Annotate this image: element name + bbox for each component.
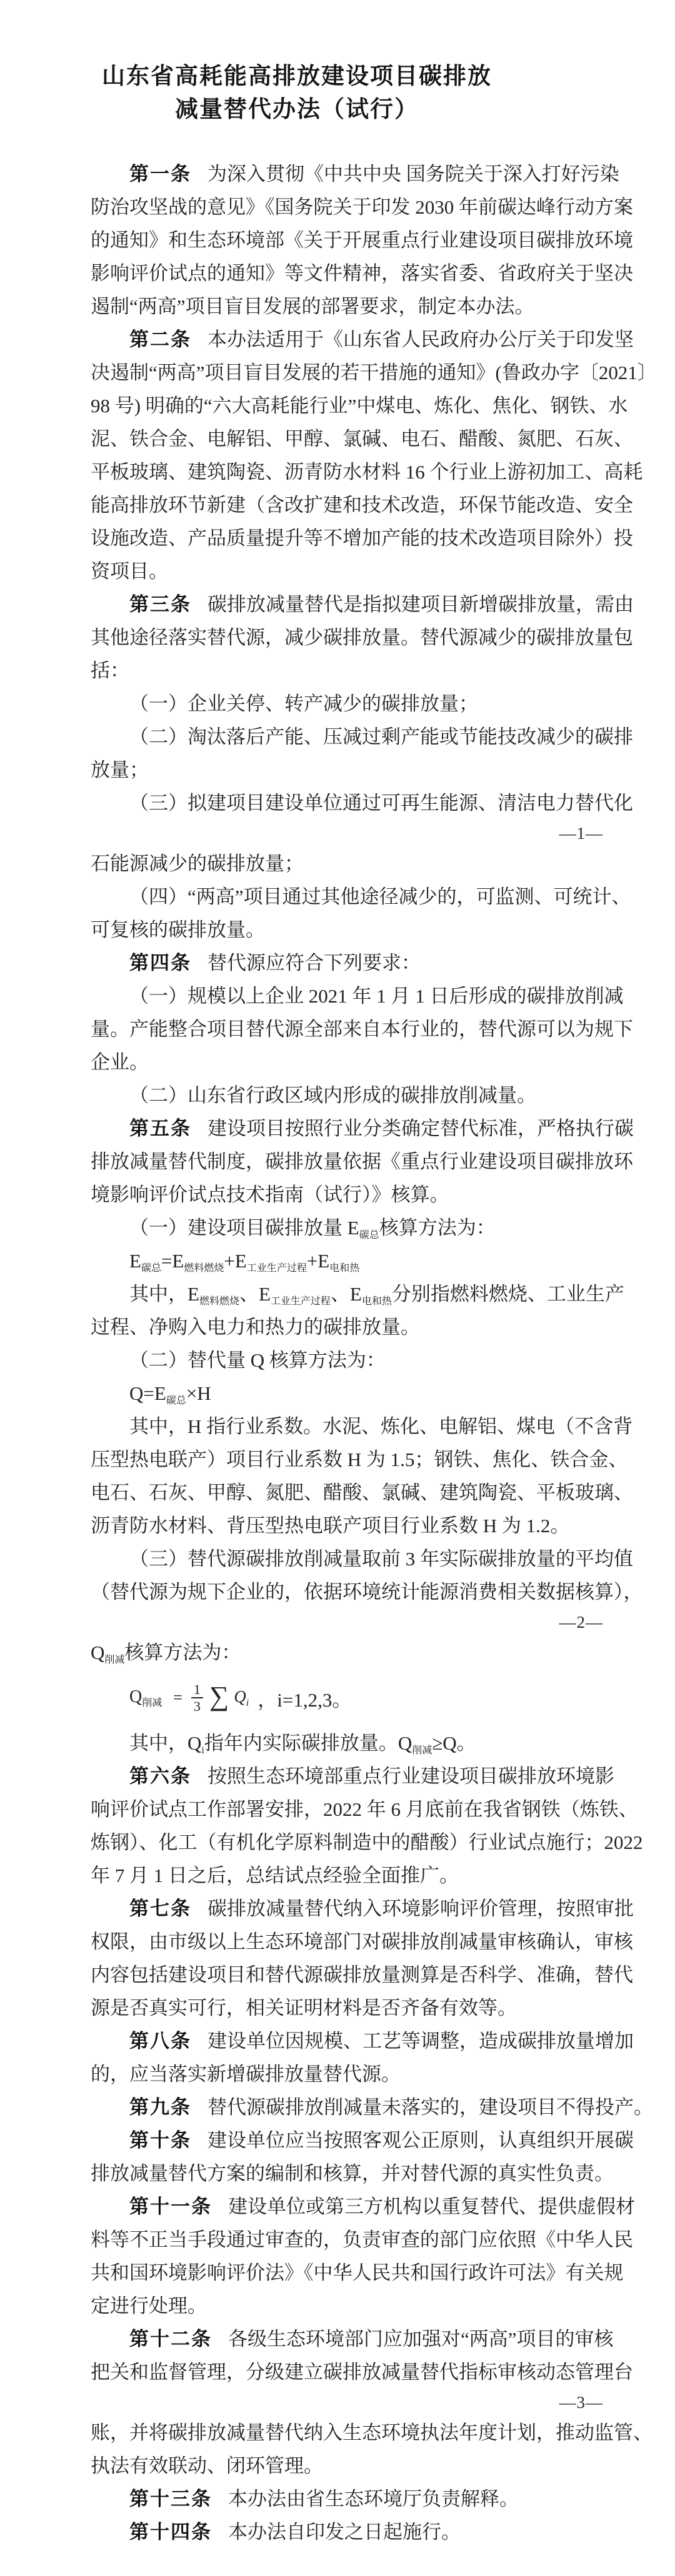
article-line: 第十一条建设单位或第三方机构以重复替代、提供虚假材 bbox=[91, 2190, 603, 2223]
article-label: 第九条 bbox=[129, 2096, 191, 2118]
doc-line: （二）山东省行政区域内形成的碳排放削减量。 bbox=[91, 1079, 603, 1112]
doc-line: 决遏制“两高”项目盲目发展的若干措施的通知》(鲁政办字〔2021〕 bbox=[91, 356, 603, 389]
doc-line: （三）拟建项目建设单位通过可再生能源、清洁电力替代化 bbox=[91, 786, 603, 820]
doc-line: （一）建设项目碳排放量 E碳总核算方法为： bbox=[91, 1211, 603, 1244]
doc-line: 括： bbox=[91, 654, 603, 687]
doc-line: （一）企业关停、转产减少的碳排放量； bbox=[91, 687, 603, 720]
doc-line: （一）规模以上企业 2021 年 1 月 1 日后形成的碳排放削减 bbox=[91, 979, 603, 1013]
formula-subscript: 削减 bbox=[142, 1698, 162, 1708]
formula-subscript: 削减 bbox=[412, 1745, 432, 1756]
doc-line: 压型热电联产）项目行业系数 H 为 1.5；钢铁、焦化、铁合金、 bbox=[91, 1443, 603, 1476]
doc-line: 量。产能整合项目替代源全部来自本行业的，替代源可以为规下 bbox=[91, 1013, 603, 1046]
doc-line: 过程、净购入电力和热力的碳排放量。 bbox=[91, 1310, 603, 1344]
doc-line: 资项目。 bbox=[91, 555, 603, 588]
doc-line: 设施改造、产品质量提升等不增加产能的技术改造项目除外）投 bbox=[91, 522, 603, 555]
document-title: 山东省高耗能高排放建设项目碳排放 减量替代办法（试行） bbox=[41, 60, 553, 126]
doc-line: 炼钢）、化工（有机化学原料制造中的醋酸）行业试点施行；2022 bbox=[91, 1826, 603, 1859]
article-line: 第四条替代源应符合下列要求： bbox=[91, 946, 603, 979]
doc-line: 权限，由市级以上生态环境部门对碳排放削减量审核确认，审核 bbox=[91, 1925, 603, 1958]
doc-line: Q削减核算方法为： bbox=[91, 1636, 603, 1669]
doc-line: 排放减量替代制度，碳排放量依据《重点行业建设项目碳排放环 bbox=[91, 1145, 603, 1178]
doc-line: E碳总=E燃料燃烧+E工业生产过程+E电和热 bbox=[91, 1244, 603, 1277]
article-line: 第十二条各级生态环境部门应加强对“两高”项目的审核 bbox=[91, 2322, 603, 2356]
article-line: 第八条建设单位因规模、工艺等调整，造成碳排放量增加 bbox=[91, 2024, 603, 2058]
doc-line: 其他途径落实替代源，减少碳排放量。替代源减少的碳排放量包 bbox=[91, 621, 603, 654]
doc-line: 料等不正当手段通过审查的，负责审查的部门应依照《中华人民 bbox=[91, 2223, 603, 2256]
article-label: 第十条 bbox=[129, 2129, 191, 2151]
doc-line: Q=E碳总×H bbox=[91, 1377, 603, 1410]
doc-line: 年 7 月 1 日之后，总结试点经验全面推广。 bbox=[91, 1859, 603, 1892]
doc-line: 其中，E燃料燃烧、E工业生产过程、E电和热分别指燃料燃烧、工业生产 bbox=[91, 1277, 603, 1310]
article-label: 第十一条 bbox=[129, 2196, 212, 2217]
article-line: 第七条碳排放减量替代纳入环境影响评价管理，按照审批 bbox=[91, 1892, 603, 1925]
doc-line: 能高排放环节新建（含改扩建和技术改造，环保节能改造、安全 bbox=[91, 488, 603, 522]
article-label: 第一条 bbox=[129, 163, 191, 185]
doc-line: 影响评价试点的通知》等文件精神，落实省委、省政府关于坚决 bbox=[91, 257, 603, 290]
doc-line: 其中，Qi指年内实际碳排放量。Q削减≥Q。 bbox=[91, 1726, 603, 1760]
article-label: 第二条 bbox=[129, 329, 191, 350]
fraction-denominator: 3 bbox=[191, 1697, 203, 1714]
doc-line: 沥青防水材料、背压型热电联产项目行业系数 H 为 1.2。 bbox=[91, 1509, 603, 1542]
formula-subscript: 碳总 bbox=[141, 1263, 161, 1274]
article-line: 第六条按照生态环境部重点行业建设项目碳排放环境影 bbox=[91, 1760, 603, 1793]
formula-subscript: i bbox=[201, 1745, 204, 1756]
article-label: 第十二条 bbox=[129, 2328, 212, 2350]
formula-subscript: 工业生产过程 bbox=[247, 1263, 307, 1274]
article-label: 第五条 bbox=[129, 1117, 191, 1139]
article-line: 第十四条本办法自印发之日起施行。 bbox=[91, 2515, 603, 2549]
formula-subscript: 碳总 bbox=[166, 1395, 186, 1406]
doc-line: 排放减量替代方案的编制和核算，并对替代源的真实性负责。 bbox=[91, 2157, 603, 2190]
formula-index-note: ，i=1,2,3。 bbox=[257, 1684, 351, 1712]
article-label: 第七条 bbox=[129, 1898, 191, 1920]
formula-subscript: 燃料燃烧 bbox=[184, 1263, 224, 1274]
doc-line: （四）“两高”项目通过其他途径减少的，可监测、可统计、 bbox=[91, 880, 603, 913]
doc-line: （二）替代量 Q 核算方法为： bbox=[91, 1344, 603, 1377]
formula-rhs: Qi bbox=[234, 1687, 249, 1709]
article-label: 第十四条 bbox=[129, 2521, 212, 2543]
doc-line: 定进行处理。 bbox=[91, 2289, 603, 2322]
formula-subscript: 燃料燃烧 bbox=[199, 1296, 239, 1307]
formula-subscript: 电和热 bbox=[362, 1296, 392, 1307]
doc-line: 放量； bbox=[91, 753, 603, 786]
document-page: 山东省高耗能高排放建设项目碳排放 减量替代办法（试行） 第一条为深入贯彻《中共中… bbox=[0, 0, 675, 2576]
doc-line: 执法有效联动、闭环管理。 bbox=[91, 2449, 603, 2482]
fraction-one-third: 13 bbox=[191, 1682, 203, 1714]
doc-line: 可复核的碳排放量。 bbox=[91, 913, 603, 946]
doc-line: 企业。 bbox=[91, 1046, 603, 1079]
doc-line: 把关和监督管理，分级建立碳排放减量替代指标审核动态管理台 bbox=[91, 2356, 603, 2389]
article-label: 第八条 bbox=[129, 2030, 191, 2052]
doc-line: 泥、铁合金、电解铝、甲醇、氯碱、电石、醋酸、氮肥、石灰、 bbox=[91, 422, 603, 455]
article-line: 第十条建设单位应当按照客观公正原则，认真组织开展碳 bbox=[91, 2124, 603, 2157]
formula-subscript: i bbox=[246, 1698, 249, 1708]
doc-line: 遏制“两高”项目盲目发展的部署要求，制定本办法。 bbox=[91, 290, 603, 323]
doc-line: 内容包括建设项目和替代源碳排放量测算是否科学、准确，替代 bbox=[91, 1958, 603, 1991]
doc-line: 石能源减少的碳排放量； bbox=[91, 847, 603, 880]
formula-lhs: Q削减 bbox=[129, 1687, 162, 1709]
page-number: —2— bbox=[91, 1608, 603, 1636]
doc-line: （三）替代源碳排放削减量取前 3 年实际碳排放量的平均值 bbox=[91, 1542, 603, 1575]
article-line: 第十三条本办法由省生态环境厅负责解释。 bbox=[91, 2482, 603, 2515]
formula-subscript: 工业生产过程 bbox=[271, 1296, 331, 1307]
doc-line: 响评价试点工作部署安排，2022 年 6 月底前在我省钢铁（炼铁、 bbox=[91, 1793, 603, 1826]
document-body: 第一条为深入贯彻《中共中央 国务院关于深入打好污染防治攻坚战的意见》《国务院关于… bbox=[91, 157, 603, 2549]
equals-sign: = bbox=[173, 1688, 182, 1707]
article-label: 第三条 bbox=[129, 593, 191, 615]
doc-line: 的通知》和生态环境部《关于开展重点行业建设项目碳排放环境 bbox=[91, 224, 603, 257]
doc-line: 平板玻璃、建筑陶瓷、沥青防水材料 16 个行业上游初加工、高耗 bbox=[91, 455, 603, 488]
title-line-1: 山东省高耗能高排放建设项目碳排放 bbox=[41, 60, 553, 93]
article-line: 第五条建设项目按照行业分类确定替代标准，严格执行碳 bbox=[91, 1112, 603, 1145]
formula-subscript: 碳总 bbox=[359, 1230, 379, 1241]
page-number: —3— bbox=[91, 2389, 603, 2416]
sigma-symbol: ∑ bbox=[209, 1680, 229, 1712]
article-line: 第一条为深入贯彻《中共中央 国务院关于深入打好污染 bbox=[91, 157, 603, 191]
formula-subscript: 电和热 bbox=[329, 1263, 359, 1274]
doc-line: 电石、石灰、甲醇、氮肥、醋酸、氯碱、建筑陶瓷、平板玻璃、 bbox=[91, 1476, 603, 1509]
article-line: 第二条本办法适用于《山东省人民政府办公厅关于印发坚 bbox=[91, 323, 603, 356]
doc-line: 源是否真实可行，相关证明材料是否齐备有效等。 bbox=[91, 1991, 603, 2024]
article-label: 第十三条 bbox=[129, 2488, 212, 2510]
article-label: 第四条 bbox=[129, 952, 191, 974]
title-line-2: 减量替代办法（试行） bbox=[41, 93, 553, 126]
doc-line: 其中，H 指行业系数。水泥、炼化、电解铝、煤电（不含背 bbox=[91, 1410, 603, 1443]
fraction-numerator: 1 bbox=[194, 1682, 201, 1697]
doc-line: 98 号) 明确的“六大高耗能行业”中煤电、炼化、焦化、钢铁、水 bbox=[91, 389, 603, 422]
article-line: 第三条碳排放减量替代是指拟建项目新增碳排放量，需由 bbox=[91, 588, 603, 621]
doc-line: 共和国环境影响评价法》《中华人民共和国行政许可法》有关规 bbox=[91, 2256, 603, 2289]
doc-line: 境影响评价试点技术指南（试行）》核算。 bbox=[91, 1178, 603, 1211]
article-label: 第六条 bbox=[129, 1765, 191, 1787]
doc-line: （替代源为规下企业的，依据环境统计能源消费相关数据核算）， bbox=[91, 1575, 603, 1608]
doc-line: （二）淘汰落后产能、压减过剩产能或节能技改减少的碳排 bbox=[91, 720, 603, 753]
page-number: —1— bbox=[91, 820, 603, 847]
doc-line: 账，并将碳排放减量替代纳入生态环境执法年度计划，推动监管、 bbox=[91, 2416, 603, 2449]
doc-line: 的，应当落实新增碳排放量替代源。 bbox=[91, 2058, 603, 2091]
article-line: 第九条替代源碳排放削减量未落实的，建设项目不得投产。 bbox=[91, 2091, 603, 2124]
averaging-formula: Q削减=13∑Qi，i=1,2,3。 bbox=[91, 1669, 603, 1726]
doc-line: 防治攻坚战的意见》《国务院关于印发 2030 年前碳达峰行动方案 bbox=[91, 191, 603, 224]
formula-subscript: 削减 bbox=[104, 1655, 124, 1665]
